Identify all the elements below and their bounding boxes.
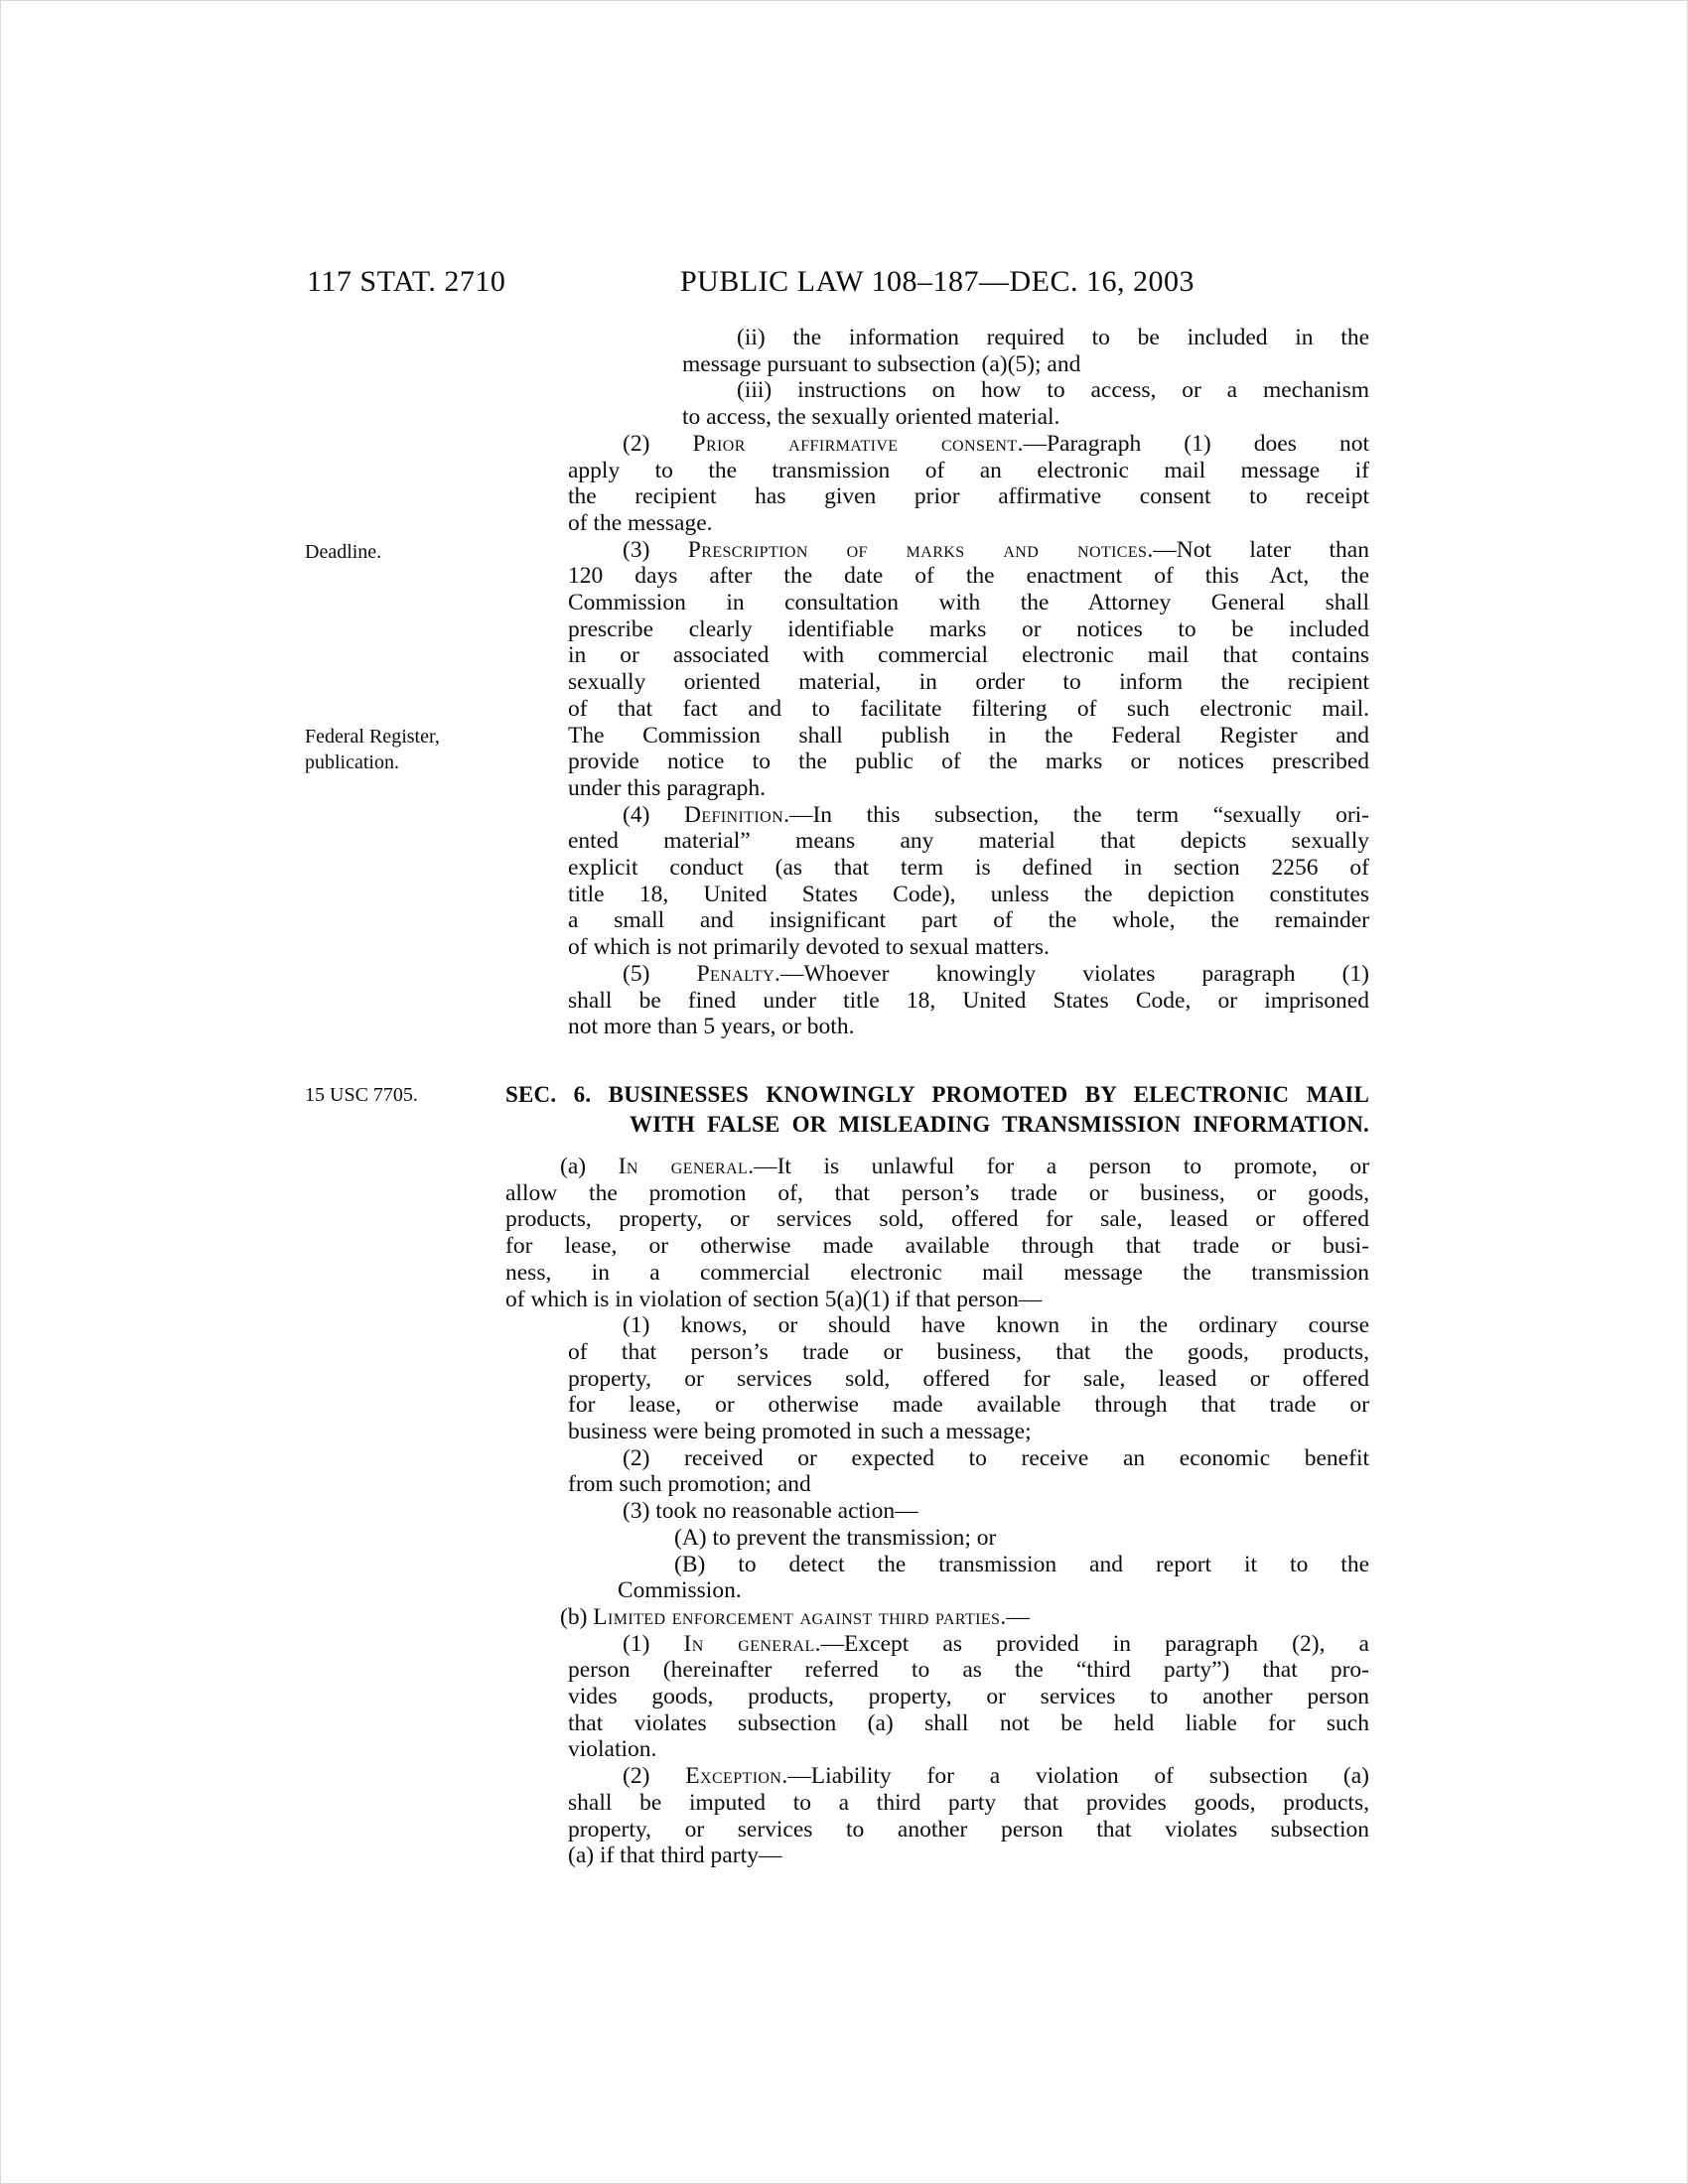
text-line: (4) Definition.—In this subsection, the … [568,802,1369,829]
text-line: (iii) instructions on how to access, or … [682,377,1369,404]
text-line: of that fact and to facilitate filtering… [568,696,1369,723]
small-caps-run: In general [619,1154,749,1179]
text-run: title 18, United States Code), unless th… [568,882,1369,907]
text-line: title 18, United States Code), unless th… [568,882,1369,908]
text-line: ented material” means any material that … [568,828,1369,855]
text-run: (A) to prevent the transmission; or [674,1525,996,1551]
text-run: to access, the sexually oriented materia… [682,404,1059,430]
text-run: of that person’s trade or business, that… [568,1339,1369,1365]
margin-note-usc-citation: 15 USC 7705. [305,1082,495,1108]
text-run: The Commission shall publish in the Fede… [568,723,1369,749]
margin-note-deadline: Deadline. [305,539,495,565]
text-run: from such promotion; and [568,1471,811,1497]
text-run: a small and insignificant part of the wh… [568,907,1369,933]
text-line: person (hereinafter referred to as the “… [568,1657,1369,1684]
text-line: (5) Penalty.—Whoever knowingly violates … [568,961,1369,988]
text-line: (2) Exception.—Liability for a violation… [568,1763,1369,1790]
text-run: prescribe clearly identifiable marks or … [568,616,1369,642]
text-line: Commission. [618,1577,1369,1604]
text-line: that violates subsection (a) shall not b… [568,1710,1369,1737]
text-run: .—Not later than [1147,537,1369,563]
text-run: under this paragraph. [568,775,766,801]
text-run: (B) to detect the transmission and repor… [674,1552,1369,1577]
text-line: WITH FALSE OR MISLEADING TRANSMISSION IN… [505,1110,1369,1140]
text-line: from such promotion; and [568,1471,1369,1498]
text-line: (1) In general.—Except as provided in pa… [568,1631,1369,1658]
text-line: products, property, or services sold, of… [505,1206,1369,1233]
text-line: shall be imputed to a third party that p… [568,1790,1369,1817]
text-line: (ii) the information required to be incl… [682,325,1369,351]
law-paragraph: (A) to prevent the transmission; or [505,1525,1369,1552]
statute-page: 117 STAT. 2710 PUBLIC LAW 108–187—DEC. 1… [0,0,1688,2184]
text-run: of that fact and to facilitate filtering… [568,696,1369,722]
text-run: (b) [560,1604,593,1630]
text-run: .—In this subsection, the term “sexually… [783,802,1369,828]
text-run: vides goods, products, property, or serv… [568,1684,1369,1709]
text-run: not more than 5 years, or both. [568,1014,854,1039]
text-run: .—Whoever knowingly violates paragraph (… [774,961,1369,987]
law-paragraph: (b) Limited enforcement against third pa… [505,1604,1369,1631]
law-paragraph: (2) received or expected to receive an e… [505,1445,1369,1498]
law-paragraph: (2) Prior affirmative consent.—Paragraph… [505,431,1369,537]
small-caps-run: Prescription of marks and notices [688,537,1148,563]
law-paragraph: (2) Exception.—Liability for a violation… [505,1763,1369,1869]
text-run: .—Liability for a violation of subsectio… [781,1763,1369,1789]
text-line: vides goods, products, property, or serv… [568,1684,1369,1710]
small-caps-run: Limited enforcement against third partie… [593,1604,1000,1630]
law-paragraph: (1) knows, or should have known in the o… [505,1312,1369,1445]
text-run: products, property, or services sold, of… [505,1206,1369,1232]
text-run: of which is in violation of section 5(a)… [505,1287,1042,1312]
text-run: (1) [623,1631,684,1657]
text-run: apply to the transmission of an electron… [568,458,1369,483]
text-line: (1) knows, or should have known in the o… [568,1312,1369,1339]
text-line: Commission in consultation with the Atto… [568,590,1369,616]
text-line: (a) In general.—It is unlawful for a per… [505,1154,1369,1180]
text-line: provide notice to the public of the mark… [568,749,1369,775]
text-run: (5) [623,961,697,987]
text-line: shall be fined under title 18, United St… [568,988,1369,1015]
text-line: in or associated with commercial electro… [568,642,1369,669]
text-run: .—It is unlawful for a person to promote… [748,1154,1369,1179]
law-paragraph: (ii) the information required to be incl… [505,325,1369,377]
law-paragraph: (a) In general.—It is unlawful for a per… [505,1154,1369,1312]
text-run: for lease, or otherwise made available t… [568,1392,1369,1418]
text-run: ented material” means any material that … [568,828,1369,854]
small-caps-run: Exception [685,1763,781,1789]
text-line: The Commission shall publish in the Fede… [568,723,1369,750]
text-run: person (hereinafter referred to as the “… [568,1657,1369,1683]
text-run: (a) [560,1154,619,1179]
stat-page-number: 117 STAT. 2710 [307,265,505,299]
text-line: of that person’s trade or business, that… [568,1339,1369,1366]
small-caps-run: In general [684,1631,815,1657]
law-paragraph: (B) to detect the transmission and repor… [505,1552,1369,1604]
text-line: apply to the transmission of an electron… [568,458,1369,484]
text-line: (2) received or expected to receive an e… [568,1445,1369,1472]
text-line: 120 days after the date of the enactment… [568,563,1369,590]
text-run: property, or services sold, offered for … [568,1366,1369,1392]
text-line: not more than 5 years, or both. [568,1014,1369,1040]
law-paragraph: (4) Definition.—In this subsection, the … [505,802,1369,961]
text-run: allow the promotion of, that person’s tr… [505,1180,1369,1206]
text-line: (b) Limited enforcement against third pa… [505,1604,1369,1631]
text-line: business were being promoted in such a m… [568,1419,1369,1445]
text-run: (2) [623,431,693,457]
text-line: allow the promotion of, that person’s tr… [505,1180,1369,1207]
text-run: .—Paragraph (1) does not [1018,431,1369,457]
text-line: to access, the sexually oriented materia… [682,404,1369,431]
text-line: SEC. 6. BUSINESSES KNOWINGLY PROMOTED BY… [505,1080,1369,1110]
law-paragraph: (3) Prescription of marks and notices.—N… [505,537,1369,802]
text-run: provide notice to the public of the mark… [568,749,1369,774]
text-run: (iii) instructions on how to access, or … [737,377,1369,403]
text-line: of the message. [568,510,1369,537]
text-line: prescribe clearly identifiable marks or … [568,616,1369,643]
small-caps-run: Penalty [697,961,774,987]
text-run: that violates subsection (a) shall not b… [568,1710,1369,1736]
text-line: a small and insignificant part of the wh… [568,907,1369,934]
text-run: in or associated with commercial electro… [568,642,1369,668]
text-run: message pursuant to subsection (a)(5); a… [682,351,1080,377]
text-run: ness, in a commercial electronic mail me… [505,1260,1369,1286]
text-run: (2) [623,1763,685,1789]
margin-note-federal-register: Federal Register, publication. [305,724,495,775]
text-run: sexually oriented material, in order to … [568,669,1369,695]
text-run: explicit conduct (as that term is define… [568,855,1369,881]
text-line: of which is not primarily devoted to sex… [568,934,1369,961]
text-run: (1) knows, or should have known in the o… [623,1312,1369,1338]
text-line: the recipient has given prior affirmativ… [568,483,1369,510]
text-run: SEC. 6. BUSINESSES KNOWINGLY PROMOTED BY… [505,1082,1369,1107]
text-run: Commission in consultation with the Atto… [568,590,1369,615]
text-run: .—Except as provided in paragraph (2), a [815,1631,1369,1657]
text-run: .— [1000,1604,1029,1630]
text-line: (a) if that third party— [568,1843,1369,1869]
text-run: the recipient has given prior affirmativ… [568,483,1369,509]
text-run: (a) if that third party— [568,1843,781,1868]
text-run: business were being promoted in such a m… [568,1419,1032,1444]
text-line: message pursuant to subsection (a)(5); a… [682,351,1369,378]
public-law-running-head: PUBLIC LAW 108–187—DEC. 16, 2003 [505,265,1369,299]
small-caps-run: Definition [684,802,783,828]
law-paragraph: (3) took no reasonable action— [505,1498,1369,1525]
text-line: under this paragraph. [568,775,1369,802]
text-run: shall be imputed to a third party that p… [568,1790,1369,1816]
text-line: sexually oriented material, in order to … [568,669,1369,696]
text-line: (2) Prior affirmative consent.—Paragraph… [568,431,1369,458]
law-paragraph: (1) In general.—Except as provided in pa… [505,1631,1369,1764]
text-run: of which is not primarily devoted to sex… [568,934,1050,960]
text-line: explicit conduct (as that term is define… [568,855,1369,882]
law-paragraph: (iii) instructions on how to access, or … [505,377,1369,430]
text-run: violation. [568,1736,656,1762]
text-run: (2) received or expected to receive an e… [623,1445,1369,1471]
text-line: (A) to prevent the transmission; or [618,1525,1369,1552]
text-run: (4) [623,802,684,828]
text-run: for lease, or otherwise made available t… [505,1233,1369,1259]
section-heading: SEC. 6. BUSINESSES KNOWINGLY PROMOTED BY… [505,1080,1369,1140]
text-run: WITH FALSE OR MISLEADING TRANSMISSION IN… [630,1112,1369,1137]
text-run: shall be fined under title 18, United St… [568,988,1369,1014]
text-run: property, or services to another person … [568,1817,1369,1843]
text-line: of which is in violation of section 5(a)… [505,1287,1369,1313]
text-run: Commission. [618,1577,742,1603]
text-run: of the message. [568,510,713,536]
text-line: (3) Prescription of marks and notices.—N… [568,537,1369,564]
text-line: violation. [568,1736,1369,1763]
statute-body: (ii) the information required to be incl… [505,325,1369,1869]
text-run: (3) [623,537,688,563]
text-line: property, or services sold, offered for … [568,1366,1369,1393]
small-caps-run: Prior affirmative consent [693,431,1018,457]
law-paragraph: (5) Penalty.—Whoever knowingly violates … [505,961,1369,1040]
text-run: (3) took no reasonable action— [623,1498,918,1524]
text-line: for lease, or otherwise made available t… [568,1392,1369,1419]
text-line: ness, in a commercial electronic mail me… [505,1260,1369,1287]
text-line: for lease, or otherwise made available t… [505,1233,1369,1260]
text-line: (3) took no reasonable action— [568,1498,1369,1525]
text-line: property, or services to another person … [568,1817,1369,1843]
text-line: (B) to detect the transmission and repor… [618,1552,1369,1578]
text-run: 120 days after the date of the enactment… [568,563,1369,589]
text-run: (ii) the information required to be incl… [737,325,1369,350]
